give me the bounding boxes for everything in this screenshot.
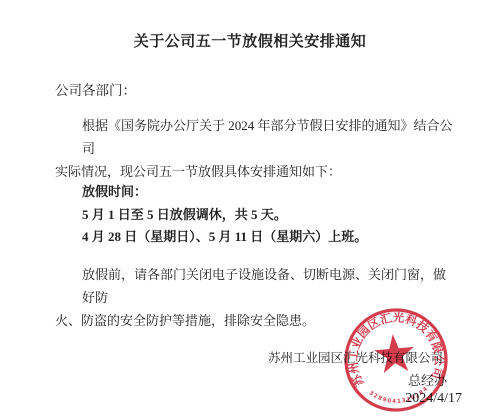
notice-page: 关于公司五一节放假相关安排通知 公司各部门： 根据《国务院办公厅关于 2024 … — [0, 0, 500, 417]
salutation: 公司各部门： — [55, 79, 136, 99]
notice-title: 关于公司五一节放假相关安排通知 — [0, 30, 500, 51]
holiday-dates-line: 5 月 1 日至 5 日放假调休，共 5 天。 — [55, 204, 453, 227]
intro-line: 实际情况，现公司五一节放假具体安排通知如下： — [55, 160, 453, 183]
seal-star-icon — [373, 332, 416, 373]
holiday-time-heading: 放假时间： — [55, 181, 453, 204]
workday-adjustment-line: 4 月 28 日（星期日）、5 月 11 日（星期六）上班。 — [55, 226, 453, 249]
precaution-line: 放假前，请各部门关闭电子设施设备、切断电源、关闭门窗，做好防 — [55, 263, 453, 309]
company-seal-stamp: 苏州工业园区汇光科技有限公司 3289041310284 — [336, 300, 455, 417]
intro-paragraph: 根据《国务院办公厅关于 2024 年部分节假日安排的通知》结合公司 实际情况，现… — [55, 114, 453, 183]
holiday-schedule: 放假时间： 5 月 1 日至 5 日放假调休，共 5 天。 4 月 28 日（星… — [55, 181, 453, 249]
intro-line: 根据《国务院办公厅关于 2024 年部分节假日安排的通知》结合公司 — [55, 114, 453, 160]
